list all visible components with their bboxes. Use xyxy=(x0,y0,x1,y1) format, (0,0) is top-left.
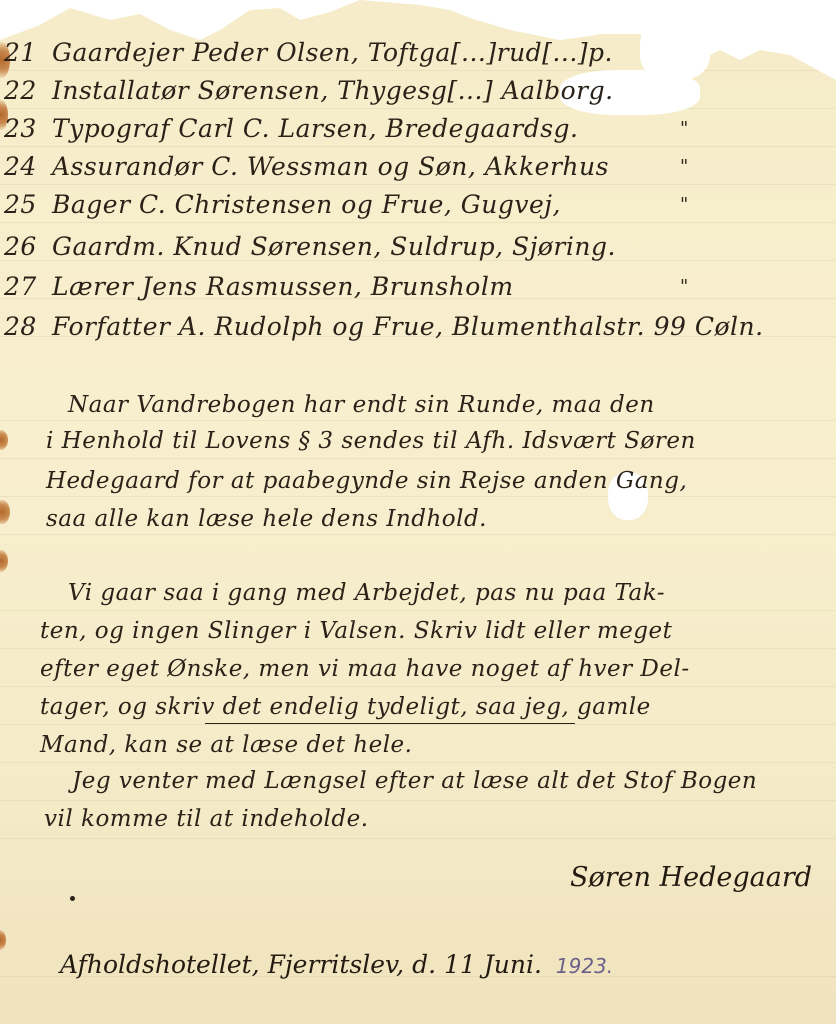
entry-text: Bager C. Christensen og Frue, Gugvej, xyxy=(52,190,561,219)
paragraph-2-line: ten, og ingen Slinger i Valsen. Skriv li… xyxy=(40,618,672,644)
ruled-line xyxy=(0,222,836,223)
paragraph-3-line: vil komme til at indeholde. xyxy=(44,806,369,832)
ruled-line xyxy=(0,838,836,839)
entry-text: Installatør Sørensen, Thygesg[...] Aalbo… xyxy=(52,76,614,105)
ruled-line xyxy=(0,146,836,147)
entry-row: 28 Forfatter A. Rudolph og Frue, Blument… xyxy=(0,312,764,341)
ditto-mark: " xyxy=(680,156,688,177)
entry-row: 22 Installatør Sørensen, Thygesg[...] Aa… xyxy=(0,76,614,105)
paragraph-2-line: Vi gaar saa i gang med Arbejdet, pas nu … xyxy=(68,580,665,606)
ditto-mark: " xyxy=(680,276,688,297)
entry-text: Typograf Carl C. Larsen, Bredegaardsg. xyxy=(52,114,579,143)
ink-dot xyxy=(70,896,75,901)
entry-row: 27 Lærer Jens Rasmussen, Brunsholm xyxy=(0,272,514,301)
paragraph-2-line: tager, og skriv det endelig tydeligt, sa… xyxy=(40,694,651,720)
entry-number: 24 xyxy=(0,152,52,181)
ditto-mark: " xyxy=(680,118,688,139)
entry-row: 26 Gaardm. Knud Sørensen, Suldrup, Sjøri… xyxy=(0,232,616,261)
ditto-mark: " xyxy=(680,194,688,215)
entry-text: Lærer Jens Rasmussen, Brunsholm xyxy=(52,272,514,301)
entry-number: 23 xyxy=(0,114,52,143)
entry-number: 22 xyxy=(0,76,52,105)
entry-row: 25 Bager C. Christensen og Frue, Gugvej, xyxy=(0,190,561,219)
underline-mark xyxy=(205,722,575,724)
ruled-line xyxy=(0,610,836,611)
ruled-line xyxy=(0,108,836,109)
entry-number: 25 xyxy=(0,190,52,219)
year: 1923. xyxy=(556,954,613,978)
entry-text: Gaardejer Peder Olsen, Toftga[...]rud[..… xyxy=(52,38,613,67)
ruled-line xyxy=(0,648,836,649)
ruled-line xyxy=(0,458,836,459)
entry-text: Forfatter A. Rudolph og Frue, Blumenthal… xyxy=(52,312,764,341)
entry-number: 21 xyxy=(0,38,52,67)
entry-number: 26 xyxy=(0,232,52,261)
paragraph-1-line: saa alle kan læse hele dens Indhold. xyxy=(46,506,487,532)
place-date-line: Afholdshotellet, Fjerritslev, d. 11 Juni… xyxy=(60,950,613,979)
paragraph-1-line: Hedegaard for at paabegynde sin Rejse an… xyxy=(46,468,687,494)
ruled-line xyxy=(0,724,836,725)
ruled-line xyxy=(0,800,836,801)
paragraph-3-line: Jeg venter med Længsel efter at læse alt… xyxy=(72,768,757,794)
torn-hole xyxy=(640,20,710,80)
entry-number: 28 xyxy=(0,312,52,341)
paragraph-2-line: efter eget Ønske, men vi maa have noget … xyxy=(40,656,690,682)
entry-text: Gaardm. Knud Sørensen, Suldrup, Sjøring. xyxy=(52,232,616,261)
ruled-line xyxy=(0,686,836,687)
paragraph-2-line: Mand, kan se at læse det hele. xyxy=(40,732,412,758)
entry-text: Assurandør C. Wessman og Søn, Akkerhus xyxy=(52,152,609,181)
entry-row: 21 Gaardejer Peder Olsen, Toftga[...]rud… xyxy=(0,38,613,67)
ruled-line xyxy=(0,534,836,535)
entry-row: 23 Typograf Carl C. Larsen, Bredegaardsg… xyxy=(0,114,579,143)
ruled-line xyxy=(0,496,836,497)
entry-number: 27 xyxy=(0,272,52,301)
ruled-line xyxy=(0,762,836,763)
paragraph-1-line: i Henhold til Lovens § 3 sendes til Afh.… xyxy=(46,428,696,454)
signature: Søren Hedegaard xyxy=(570,862,812,893)
ruled-line xyxy=(0,70,836,71)
place-date: Afholdshotellet, Fjerritslev, d. 11 Juni… xyxy=(60,950,542,979)
ruled-line xyxy=(0,184,836,185)
ruled-line xyxy=(0,420,836,421)
entry-row: 24 Assurandør C. Wessman og Søn, Akkerhu… xyxy=(0,152,609,181)
paragraph-1-line: Naar Vandrebogen har endt sin Runde, maa… xyxy=(68,392,655,418)
